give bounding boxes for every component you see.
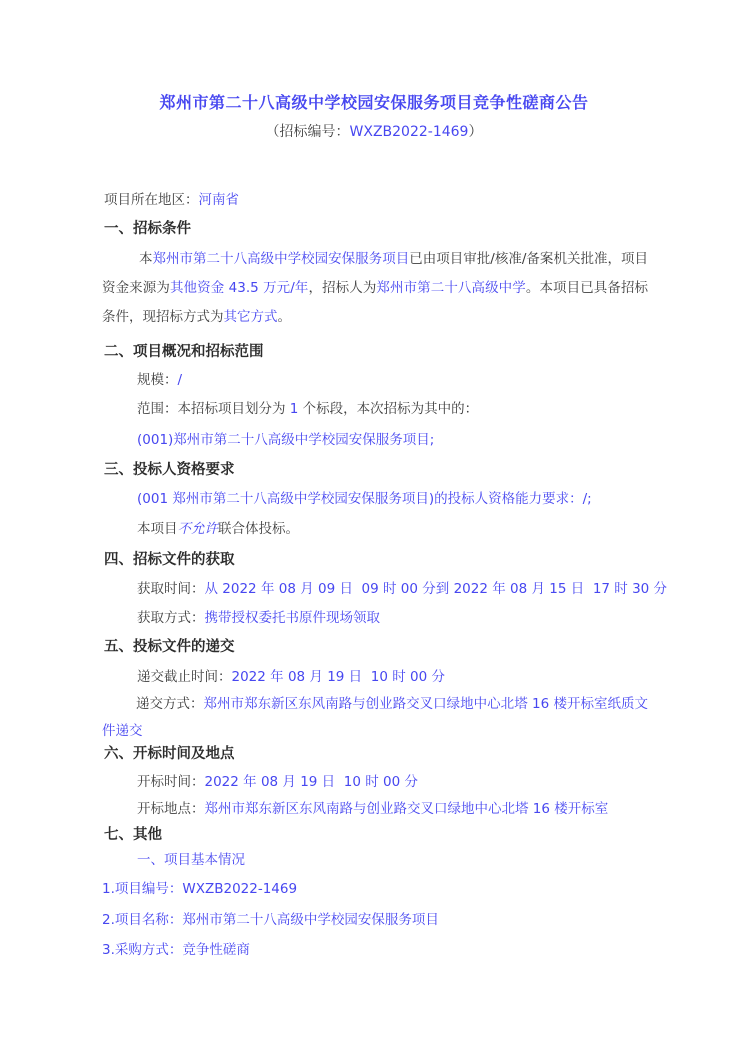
lot-item-line: (001)郑州市第二十八高级中学校园安保服务项目; bbox=[137, 431, 434, 449]
section-heading-4: 四、招标文件的获取 bbox=[104, 551, 235, 569]
qualification-line: (001 郑州市第二十八高级中学校园安保服务项目)的投标人资格能力要求：/; bbox=[137, 490, 592, 508]
tender-method-value: 其它方式 bbox=[224, 309, 278, 325]
scale-line: 规模：/ bbox=[137, 371, 182, 389]
page-title: 郑州市第二十八高级中学校园安保服务项目竞争性磋商公告 bbox=[0, 90, 748, 113]
scale-value: / bbox=[178, 372, 183, 388]
tender-conditions-paragraph: 本郑州市第二十八高级中学校园安保服务项目已由项目审批/核准/备案机关批准，项目资… bbox=[102, 245, 648, 332]
region-line: 项目所在地区：河南省 bbox=[104, 191, 239, 209]
joint-bid-line: 本项目不允许联合体投标。 bbox=[137, 520, 299, 538]
section-heading-6: 六、开标时间及地点 bbox=[104, 745, 235, 763]
opening-time-line: 开标时间：2022 年 08 月 19 日 10 时 00 分 bbox=[137, 773, 418, 791]
section-heading-2: 二、项目概况和招标范围 bbox=[104, 343, 264, 361]
scale-label: 规模： bbox=[137, 372, 178, 388]
tenderer-name-value: 郑州市第二十八高级中学 bbox=[376, 280, 525, 296]
basic-info-subheading: 一、项目基本情况 bbox=[137, 851, 245, 869]
procurement-method-line: 3.采购方式：竞争性磋商 bbox=[102, 941, 250, 959]
opening-place-label: 开标地点： bbox=[137, 801, 205, 817]
para-text: ，招标人为 bbox=[308, 280, 376, 296]
scope-line: 范围：本招标项目划分为 1 个标段，本次招标为其中的： bbox=[137, 400, 478, 418]
section-heading-5: 五、投标文件的递交 bbox=[104, 638, 235, 656]
tender-number-prefix: （招标编号： bbox=[266, 124, 350, 140]
joint-bid-text: 本项目 bbox=[137, 521, 178, 537]
region-value: 河南省 bbox=[199, 192, 240, 208]
obtain-method-value: 携带授权委托书原件现场领取 bbox=[205, 610, 381, 626]
tender-number-suffix: ） bbox=[468, 124, 482, 140]
obtain-method-label: 获取方式： bbox=[137, 610, 205, 626]
opening-time-value: 2022 年 08 月 19 日 10 时 00 分 bbox=[205, 774, 418, 790]
funding-source-value: 其他资金 43.5 万元/年 bbox=[170, 280, 309, 296]
section-heading-3: 三、投标人资格要求 bbox=[104, 461, 235, 479]
opening-time-label: 开标时间： bbox=[137, 774, 205, 790]
submit-method-label: 递交方式： bbox=[136, 696, 204, 712]
scope-text: 范围：本招标项目划分为 bbox=[137, 401, 290, 417]
project-name-link: 郑州市第二十八高级中学校园安保服务项目 bbox=[153, 251, 410, 267]
project-number-line: 1.项目编号：WXZB2022-1469 bbox=[102, 880, 297, 898]
section-heading-1: 一、招标条件 bbox=[104, 220, 191, 238]
submit-deadline-value: 2022 年 08 月 19 日 10 时 00 分 bbox=[232, 669, 445, 685]
submit-deadline-label: 递交截止时间： bbox=[137, 669, 232, 685]
opening-place-line: 开标地点：郑州市郑东新区东风南路与创业路交叉口绿地中心北塔 16 楼开标室 bbox=[137, 800, 608, 818]
section-heading-7: 七、其他 bbox=[104, 826, 162, 844]
para-text: 。 bbox=[278, 309, 292, 325]
obtain-time-value: 从 2022 年 08 月 09 日 09 时 00 分到 2022 年 08 … bbox=[205, 581, 668, 597]
tender-number-line: （招标编号：WXZB2022-1469） bbox=[0, 121, 748, 141]
joint-bid-not-allowed-value: 不允许 bbox=[178, 521, 219, 537]
joint-bid-text: 联合体投标。 bbox=[218, 521, 299, 537]
scope-text: 个标段，本次招标为其中的： bbox=[298, 401, 478, 417]
obtain-time-line: 获取时间：从 2022 年 08 月 09 日 09 时 00 分到 2022 … bbox=[137, 580, 667, 598]
submit-method-paragraph: 递交方式：郑州市郑东新区东风南路与创业路交叉口绿地中心北塔 16 楼开标室纸质文… bbox=[102, 691, 648, 745]
para-text: 本 bbox=[139, 251, 153, 267]
tender-number-code: WXZB2022-1469 bbox=[350, 124, 469, 140]
submit-deadline-line: 递交截止时间：2022 年 08 月 19 日 10 时 00 分 bbox=[137, 668, 445, 686]
region-label: 项目所在地区： bbox=[104, 192, 199, 208]
obtain-time-label: 获取时间： bbox=[137, 581, 205, 597]
obtain-method-line: 获取方式：携带授权委托书原件现场领取 bbox=[137, 609, 380, 627]
project-name-line: 2.项目名称：郑州市第二十八高级中学校园安保服务项目 bbox=[102, 911, 439, 929]
opening-place-value: 郑州市郑东新区东风南路与创业路交叉口绿地中心北塔 16 楼开标室 bbox=[205, 801, 609, 817]
